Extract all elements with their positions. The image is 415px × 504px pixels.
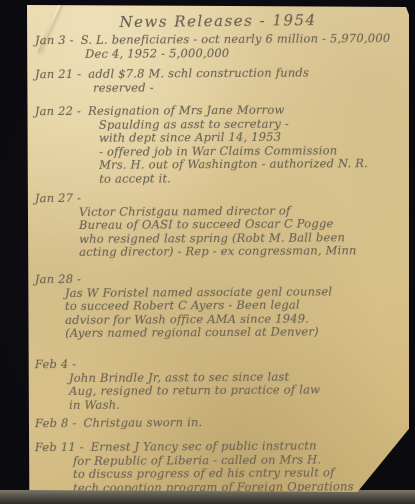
entry-line: in Wash. — [69, 396, 401, 412]
entry-line: S. L. beneficiaries - oct nearly 6 milli… — [81, 31, 391, 47]
entries-container: Jan 3 -S. L. beneficiaries - oct nearly … — [35, 33, 401, 504]
entry-date: Jan 22 - — [35, 105, 81, 119]
entry-date: Jan 3 - — [35, 34, 74, 48]
scanner-bed-strip — [0, 490, 415, 504]
entry-line: addl $7.8 M. schl construction funds — [88, 65, 309, 80]
entry-line: (Ayers named regional counsel at Denver) — [65, 324, 401, 340]
entry-date: Jan 21 - — [35, 68, 81, 82]
entry-line: acting director) - Rep - ex congressman,… — [79, 244, 401, 259]
entry-line: to accept it. — [99, 170, 401, 185]
news-entry: Feb 4 -John Brindle Jr, asst to sec sinc… — [35, 356, 401, 412]
entry-line: Ernest J Yancy sec of public instructn — [91, 438, 317, 453]
entry-line: reserved - — [93, 79, 401, 94]
entry-line: Resignation of Mrs Jane Morrow — [88, 103, 285, 118]
entry-date: Feb 4 - — [35, 358, 77, 372]
entry-date: Feb 8 - — [35, 417, 77, 431]
notebook-paper: News Releases - 1954 Jan 3 -S. L. benefi… — [27, 5, 409, 492]
entry-date: Feb 11 - — [35, 440, 84, 454]
entry-first-line: Feb 8 -Christgau sworn in. — [35, 415, 401, 431]
entry-date: Jan 28 - — [35, 272, 81, 286]
news-entry: Jan 27 -Victor Christgau named director … — [35, 190, 401, 260]
page-title: News Releases - 1954 — [35, 10, 401, 32]
entry-line: Dec 4, 1952 - 5,000,000 — [85, 45, 401, 60]
scanned-document: News Releases - 1954 Jan 3 -S. L. benefi… — [0, 0, 415, 504]
news-entry: Jan 28 -Jas W Foristel named associate g… — [35, 270, 401, 340]
news-entry: Feb 8 -Christgau sworn in. — [35, 415, 401, 431]
entry-line: to succeed Robert C Ayers - Been legal — [65, 297, 401, 313]
entry-line: Christgau sworn in. — [83, 415, 202, 430]
news-entry: Jan 3 -S. L. beneficiaries - oct nearly … — [35, 32, 401, 61]
news-entry: Jan 22 -Resignation of Mrs Jane MorrowSp… — [35, 103, 401, 186]
entry-date: Jan 27 - — [35, 192, 81, 206]
news-entry: Jan 21 -addl $7.8 M. schl construction f… — [35, 66, 401, 95]
entry-line: Mrs. H. out of Washington - authorized N… — [99, 157, 401, 172]
